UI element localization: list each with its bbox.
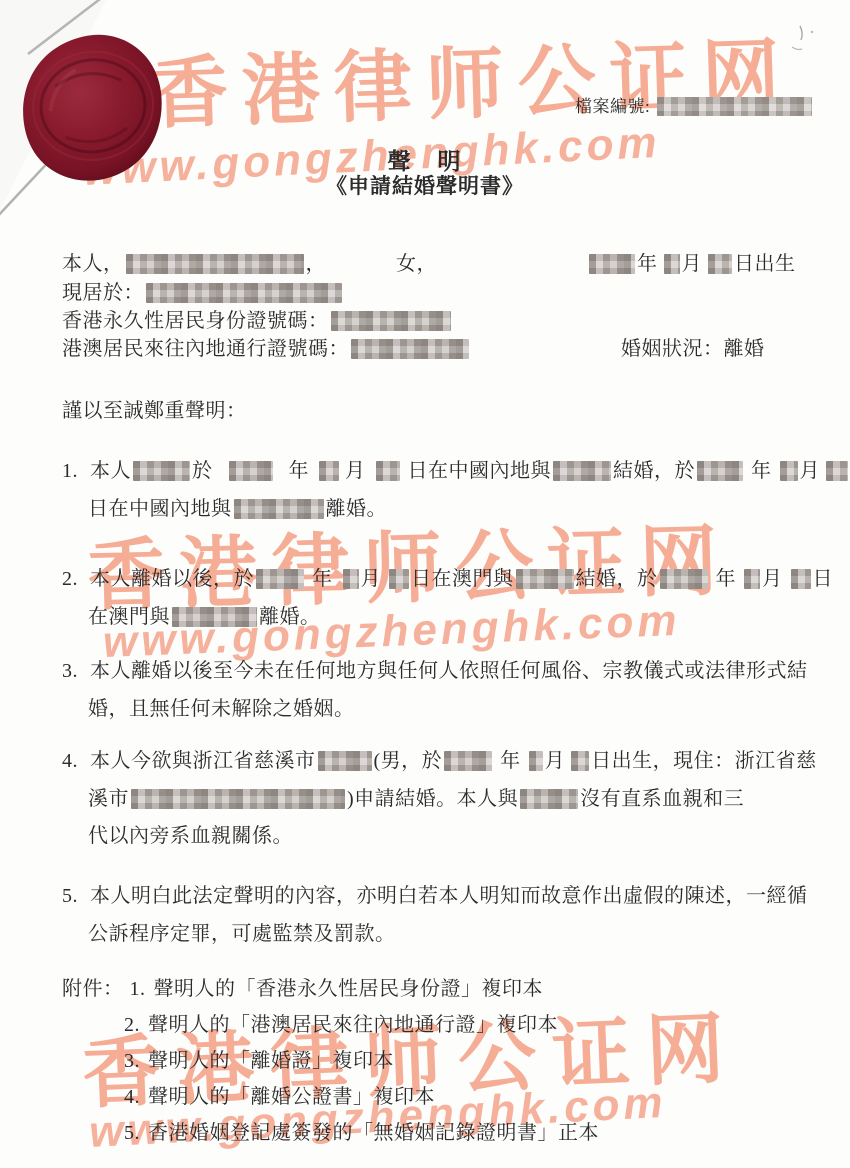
doc-text: 婚姻狀況：離婚 xyxy=(621,336,765,362)
redacted-text xyxy=(708,254,732,274)
doc-line: 5.香港婚姻登記處簽發的「無婚姻記錄證明書」正本 xyxy=(124,1120,599,1146)
doc-line: 4.聲明人的「離婚公證書」複印本 xyxy=(124,1084,435,1110)
redacted-text xyxy=(553,461,611,481)
doc-line: 公訴程序定罪，可處監禁及罰款。 xyxy=(88,921,396,947)
doc-line: 香港永久性居民身份證號碼： xyxy=(62,308,453,334)
doc-text: 5. xyxy=(62,883,78,909)
doc-text: 月 xyxy=(762,566,783,592)
doc-line: 附件：1.聲明人的「香港永久性居民身份證」複印本 xyxy=(62,976,543,1002)
redacted-text xyxy=(331,311,451,331)
redacted-text xyxy=(589,254,635,274)
redacted-text xyxy=(520,789,578,809)
doc-text: )申請結婚。本人與 xyxy=(347,786,518,812)
doc-text: 年 xyxy=(500,748,521,774)
doc-text: 2. xyxy=(62,566,78,592)
doc-text: 月 xyxy=(682,251,703,277)
doc-text: 女， xyxy=(396,251,437,277)
redacted-text xyxy=(389,569,409,589)
doc-text: 日在中國內地與 xyxy=(88,496,232,522)
doc-text: 代以內旁系血親關係。 xyxy=(88,823,293,849)
doc-text: 4. xyxy=(124,1084,140,1110)
redacted-text xyxy=(697,461,743,481)
redacted-text xyxy=(780,461,798,481)
doc-text: 年 xyxy=(312,566,333,592)
redacted-text xyxy=(791,569,811,589)
doc-text: 婚，且無任何未解除之婚姻。 xyxy=(88,696,355,722)
doc-text: 本人 xyxy=(90,458,131,484)
redacted-text xyxy=(826,461,848,481)
redacted-text xyxy=(660,569,708,589)
redacted-text xyxy=(664,254,680,274)
doc-text: ， xyxy=(306,251,327,277)
redacted-text xyxy=(376,461,400,481)
document-body: 本人，，女，年月日出生現居於：香港永久性居民身份證號碼：港澳居民來往內地通行證號… xyxy=(0,0,850,1168)
redacted-text xyxy=(131,789,345,809)
redacted-text xyxy=(318,751,372,771)
doc-text: 溪市 xyxy=(88,786,129,812)
doc-text: 港澳居民來往內地通行證號碼： xyxy=(62,336,349,362)
redacted-text xyxy=(516,569,574,589)
redacted-text xyxy=(172,607,257,627)
doc-text: 日出生 xyxy=(734,251,796,277)
doc-line: 2.本人離婚以後，於年月日在澳門與結婚，於年月日 xyxy=(62,566,833,592)
redacted-text xyxy=(146,283,342,303)
doc-text: 香港永久性居民身份證號碼： xyxy=(62,308,329,334)
doc-line: 婚，且無任何未解除之婚姻。 xyxy=(88,696,355,722)
doc-text: 本人， xyxy=(62,251,124,277)
doc-text: 本人明白此法定聲明的內容，亦明白若本人明知而故意作出虛假的陳述，一經循 xyxy=(90,883,808,909)
doc-text: 1. xyxy=(62,458,78,484)
doc-text: 附件： xyxy=(62,976,124,1002)
doc-line: 溪市)申請結婚。本人與沒有直系血親和三 xyxy=(88,786,744,812)
doc-text: 4. xyxy=(62,748,78,774)
doc-text: 年 xyxy=(637,251,658,277)
doc-line: 謹以至誠鄭重聲明： xyxy=(62,398,247,424)
doc-text: 謹以至誠鄭重聲明： xyxy=(62,398,247,424)
doc-text: 月 xyxy=(800,458,821,484)
doc-text: 月 xyxy=(545,748,566,774)
doc-text: 年 xyxy=(289,458,310,484)
doc-line: 2.聲明人的「港澳居民來往內地通行證」複印本 xyxy=(124,1012,558,1038)
redacted-text xyxy=(744,569,760,589)
doc-text: 月 xyxy=(361,566,382,592)
doc-line: 在澳門與離婚。 xyxy=(88,604,321,630)
doc-text: 5. xyxy=(124,1120,140,1146)
redacted-text xyxy=(571,751,589,771)
doc-text: 聲明人的「離婚公證書」複印本 xyxy=(148,1084,435,1110)
doc-text: 日在澳門與 xyxy=(411,566,514,592)
redacted-text xyxy=(343,569,359,589)
doc-text: 現居於： xyxy=(62,280,144,306)
doc-text: 於 xyxy=(192,458,213,484)
doc-text: 月 xyxy=(345,458,366,484)
doc-line: 日在中國內地與離婚。 xyxy=(88,496,387,522)
redacted-text xyxy=(234,499,324,519)
doc-text: 離婚。 xyxy=(326,496,388,522)
doc-text: 日 xyxy=(813,566,834,592)
doc-text: 在澳門與 xyxy=(88,604,170,630)
doc-text: 結婚，於 xyxy=(576,566,658,592)
redacted-text xyxy=(529,751,543,771)
redacted-text xyxy=(256,569,304,589)
doc-text: 離婚。 xyxy=(259,604,321,630)
doc-text: 聲明人的「港澳居民來往內地通行證」複印本 xyxy=(148,1012,558,1038)
doc-text: 日在中國內地與 xyxy=(408,458,552,484)
redacted-text xyxy=(133,461,190,481)
doc-text: 聲明人的「離婚證」複印本 xyxy=(148,1048,394,1074)
doc-text: 3. xyxy=(124,1048,140,1074)
doc-text: 本人今欲與浙江省慈溪市 xyxy=(90,748,316,774)
doc-text: 聲明人的「香港永久性居民身份證」複印本 xyxy=(154,976,544,1002)
doc-line: 現居於： xyxy=(62,280,344,306)
doc-text: 1. xyxy=(130,976,146,1002)
redacted-text xyxy=(229,461,273,481)
redacted-text xyxy=(351,339,469,359)
doc-text: 年 xyxy=(716,566,737,592)
doc-line: 代以內旁系血親關係。 xyxy=(88,823,293,849)
doc-line: 5.本人明白此法定聲明的內容，亦明白若本人明知而故意作出虛假的陳述，一經循 xyxy=(62,883,808,909)
doc-line: 3.本人離婚以後至今未在任何地方與任何人依照任何風俗、宗教儀式或法律形式結 xyxy=(62,658,808,684)
redacted-text xyxy=(444,751,492,771)
doc-text: 2. xyxy=(124,1012,140,1038)
doc-text: 本人離婚以後，於 xyxy=(90,566,254,592)
redacted-text xyxy=(319,461,339,481)
doc-text: 結婚，於 xyxy=(613,458,695,484)
doc-line: 4.本人今欲與浙江省慈溪市(男，於年月日出生，現住：浙江省慈 xyxy=(62,748,817,774)
doc-text: 沒有直系血親和三 xyxy=(580,786,744,812)
doc-text: 3. xyxy=(62,658,78,684)
doc-line: 本人，，女，年月日出生 xyxy=(62,251,796,277)
doc-text: 公訴程序定罪，可處監禁及罰款。 xyxy=(88,921,396,947)
notary-declaration-page: 香港律师公证网 www.gongzhenghk.com 香港律师公证网 www.… xyxy=(0,0,850,1168)
doc-line: 港澳居民來往內地通行證號碼：婚姻狀況：離婚 xyxy=(62,336,765,362)
doc-text: 年 xyxy=(751,458,772,484)
doc-text: 香港婚姻登記處簽發的「無婚姻記錄證明書」正本 xyxy=(148,1120,599,1146)
redacted-text xyxy=(126,254,304,274)
doc-line: 1.本人於年月日在中國內地與結婚，於年月 xyxy=(62,458,850,484)
doc-text: 本人離婚以後至今未在任何地方與任何人依照任何風俗、宗教儀式或法律形式結 xyxy=(90,658,808,684)
doc-text: (男，於 xyxy=(374,748,443,774)
doc-text: 日出生，現住：浙江省慈 xyxy=(591,748,817,774)
doc-line: 3.聲明人的「離婚證」複印本 xyxy=(124,1048,394,1074)
